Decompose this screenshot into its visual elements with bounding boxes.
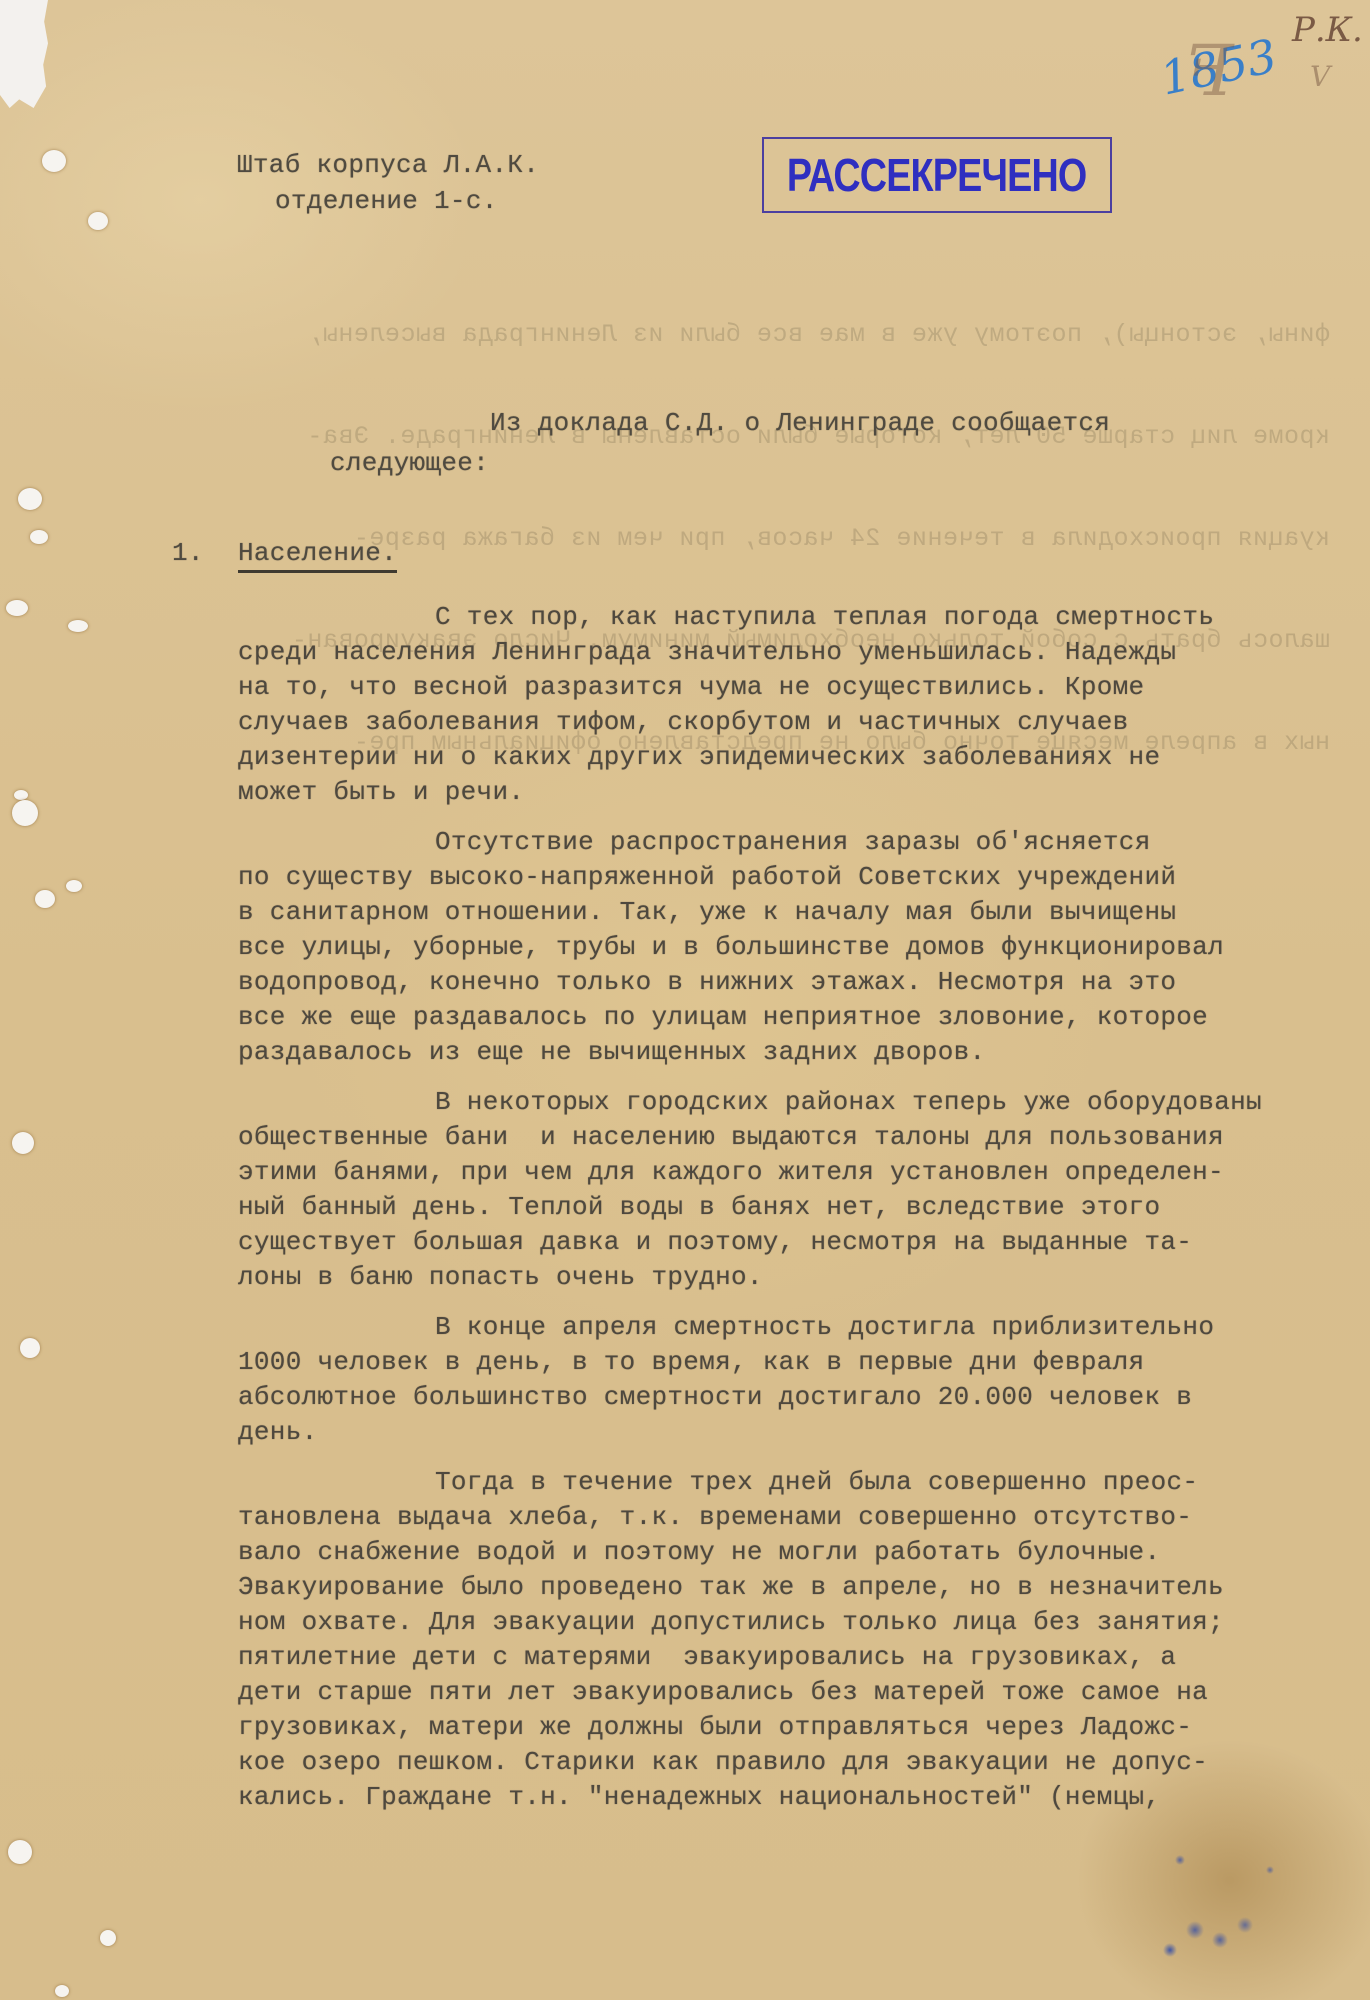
paragraph: Тогда в течение трех дней была совершенн… — [238, 1465, 1358, 1815]
punch-hole — [42, 150, 66, 172]
text-line: кались. Граждане т.н. "ненадежных национ… — [238, 1780, 1358, 1815]
document-body: С тех пор, как наступила теплая погода с… — [238, 600, 1358, 1830]
text-line: ном охвате. Для эвакуации допустились то… — [238, 1605, 1358, 1640]
text-line: ный банный день. Теплой воды в банях нет… — [238, 1190, 1358, 1225]
text-line: грузовиках, матери же должны были отправ… — [238, 1710, 1358, 1745]
intro-line-1: Из доклада С.Д. о Ленинграде сообщается — [490, 408, 1110, 438]
text-line: день. — [238, 1415, 1358, 1450]
text-line: среди населения Ленинграда значительно у… — [238, 635, 1358, 670]
paragraph: В конце апреля смертность достигла прибл… — [238, 1310, 1358, 1450]
text-line: по существу высоко-напряженной работой С… — [238, 860, 1358, 895]
punch-hole — [68, 620, 88, 632]
punch-hole — [30, 530, 48, 544]
text-line: водопровод, конечно только в нижних этаж… — [238, 965, 1358, 1000]
signature-scribble-icon: ꟻ — [1185, 30, 1234, 112]
stamp-text: РАССЕКРЕЧЕНО — [787, 148, 1087, 202]
section-title: Население. — [238, 538, 397, 573]
text-line: может быть и речи. — [238, 775, 1358, 810]
text-line: лоны в баню попасть очень трудно. — [238, 1260, 1358, 1295]
text-line: Отсутствие распространения заразы об'ясн… — [238, 825, 1358, 860]
text-line: тановлена выдача хлеба, т.к. временами с… — [238, 1500, 1358, 1535]
punch-hole — [18, 488, 42, 510]
text-line: С тех пор, как наступила теплая погода с… — [238, 600, 1358, 635]
punch-hole — [20, 1338, 40, 1358]
torn-corner — [0, 0, 48, 108]
intro-line-2: следующее: — [330, 448, 489, 478]
punch-hole — [35, 890, 55, 908]
paragraph: С тех пор, как наступила теплая погода с… — [238, 600, 1358, 810]
punch-hole — [8, 1840, 32, 1864]
header-department: отделение 1-с. — [275, 186, 498, 216]
text-line: Эвакуирование было проведено так же в ап… — [238, 1570, 1358, 1605]
text-line: В некоторых городских районах теперь уже… — [238, 1085, 1358, 1120]
text-line: существует большая давка и поэтому, несм… — [238, 1225, 1358, 1260]
text-line: все же еще раздавалось по улицам неприят… — [238, 1000, 1358, 1035]
text-line: этими банями, при чем для каждого жителя… — [238, 1155, 1358, 1190]
text-line: вало снабжение водой и поэтому не могли … — [238, 1535, 1358, 1570]
text-line: на то, что весной разразится чума не осу… — [238, 670, 1358, 705]
text-line: Тогда в течение трех дней была совершенн… — [238, 1465, 1358, 1500]
punch-hole — [12, 1132, 34, 1154]
paragraph: Отсутствие распространения заразы об'ясн… — [238, 825, 1358, 1070]
text-line: кое озеро пешком. Старики как правило дл… — [238, 1745, 1358, 1780]
text-line: 1000 человек в день, в то время, как в п… — [238, 1345, 1358, 1380]
text-line: В конце апреля смертность достигла прибл… — [238, 1310, 1358, 1345]
text-line: все улицы, уборные, трубы и в большинств… — [238, 930, 1358, 965]
declassified-stamp: РАССЕКРЕЧЕНО — [762, 137, 1112, 213]
punch-hole — [14, 790, 28, 800]
ink-smudge-signature — [1150, 1840, 1280, 1970]
text-line: абсолютное большинство смертности достиг… — [238, 1380, 1358, 1415]
bleed-line: фины, эстонцы), поэтому уже в мае все бы… — [110, 318, 1330, 352]
text-line: раздавалось из еще не вычищенных задних … — [238, 1035, 1358, 1070]
text-line: случаев заболевания тифом, скорбутом и ч… — [238, 705, 1358, 740]
text-line: дети старше пяти лет эвакуировались без … — [238, 1675, 1358, 1710]
punch-hole — [66, 880, 82, 892]
initials-handwritten: Р.К. — [1292, 10, 1363, 50]
punch-hole — [6, 600, 28, 616]
punch-hole — [12, 800, 38, 826]
punch-hole — [100, 1930, 116, 1946]
check-mark-icon: V — [1310, 60, 1330, 93]
section-number: 1. — [172, 538, 204, 568]
paragraph: В некоторых городских районах теперь уже… — [238, 1085, 1358, 1295]
text-line: в санитарном отношении. Так, уже к начал… — [238, 895, 1358, 930]
punch-hole — [88, 212, 108, 230]
text-line: общественные бани и населению выдаются т… — [238, 1120, 1358, 1155]
punch-hole — [55, 1985, 69, 1997]
text-line: пятилетние дети с матерями эвакуировалис… — [238, 1640, 1358, 1675]
text-line: дизентерии ни о каких других эпидемическ… — [238, 740, 1358, 775]
header-unit: Штаб корпуса Л.А.К. — [237, 150, 539, 180]
